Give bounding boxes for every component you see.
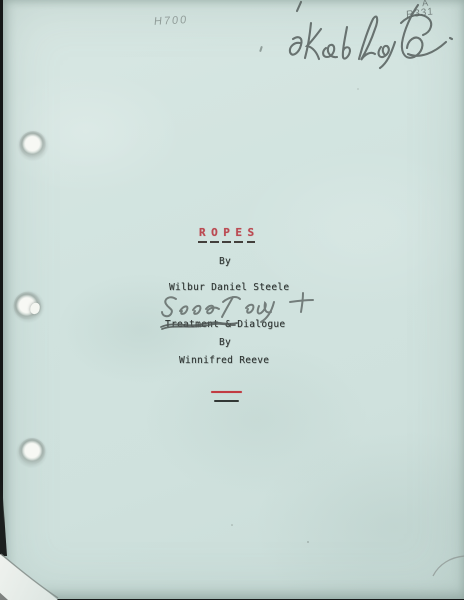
dust-speck	[231, 524, 233, 526]
author-name-2: Winnifred Reeve	[179, 355, 269, 366]
title-letter: R	[198, 226, 207, 243]
insert-transcription: Screen Story +	[3, 0, 4, 1]
punch-hole-middle	[9, 287, 46, 324]
script-title: R O P E S	[198, 226, 259, 243]
strike-strokes	[161, 323, 237, 329]
byline-2: By	[219, 337, 231, 348]
title-letter: P	[222, 226, 231, 243]
signature-oked-by	[288, 2, 460, 70]
signature-transcription: OKed by	[3, 0, 4, 1]
dust-speck	[307, 541, 309, 543]
dust-speck	[357, 88, 359, 90]
byline-1: By	[219, 256, 231, 267]
fold-stroke	[1, 554, 58, 598]
signature-strokes	[290, 2, 452, 68]
punch-hole-bottom	[12, 432, 51, 471]
title-letter: E	[234, 226, 243, 243]
punch-hole-top	[16, 128, 49, 161]
black-rule	[214, 400, 239, 402]
stray-pencil-tick	[259, 46, 263, 52]
red-rule	[211, 391, 242, 393]
kept-text: Dialogue	[237, 319, 285, 330]
title-letter: S	[247, 226, 256, 243]
scanned-script-cover: { "document": { "title_letters": ["R", "…	[0, 0, 464, 600]
corner-crease-line	[431, 552, 464, 578]
pencil-code-note: H700	[153, 14, 188, 28]
paper-sheet: H700 A R331 OKed by R O P E S By Wilbur	[3, 0, 464, 599]
fold-crease-line	[0, 552, 60, 600]
strikethrough-scribble	[159, 318, 239, 332]
crease-stroke	[433, 556, 464, 576]
title-letter: O	[210, 226, 219, 243]
